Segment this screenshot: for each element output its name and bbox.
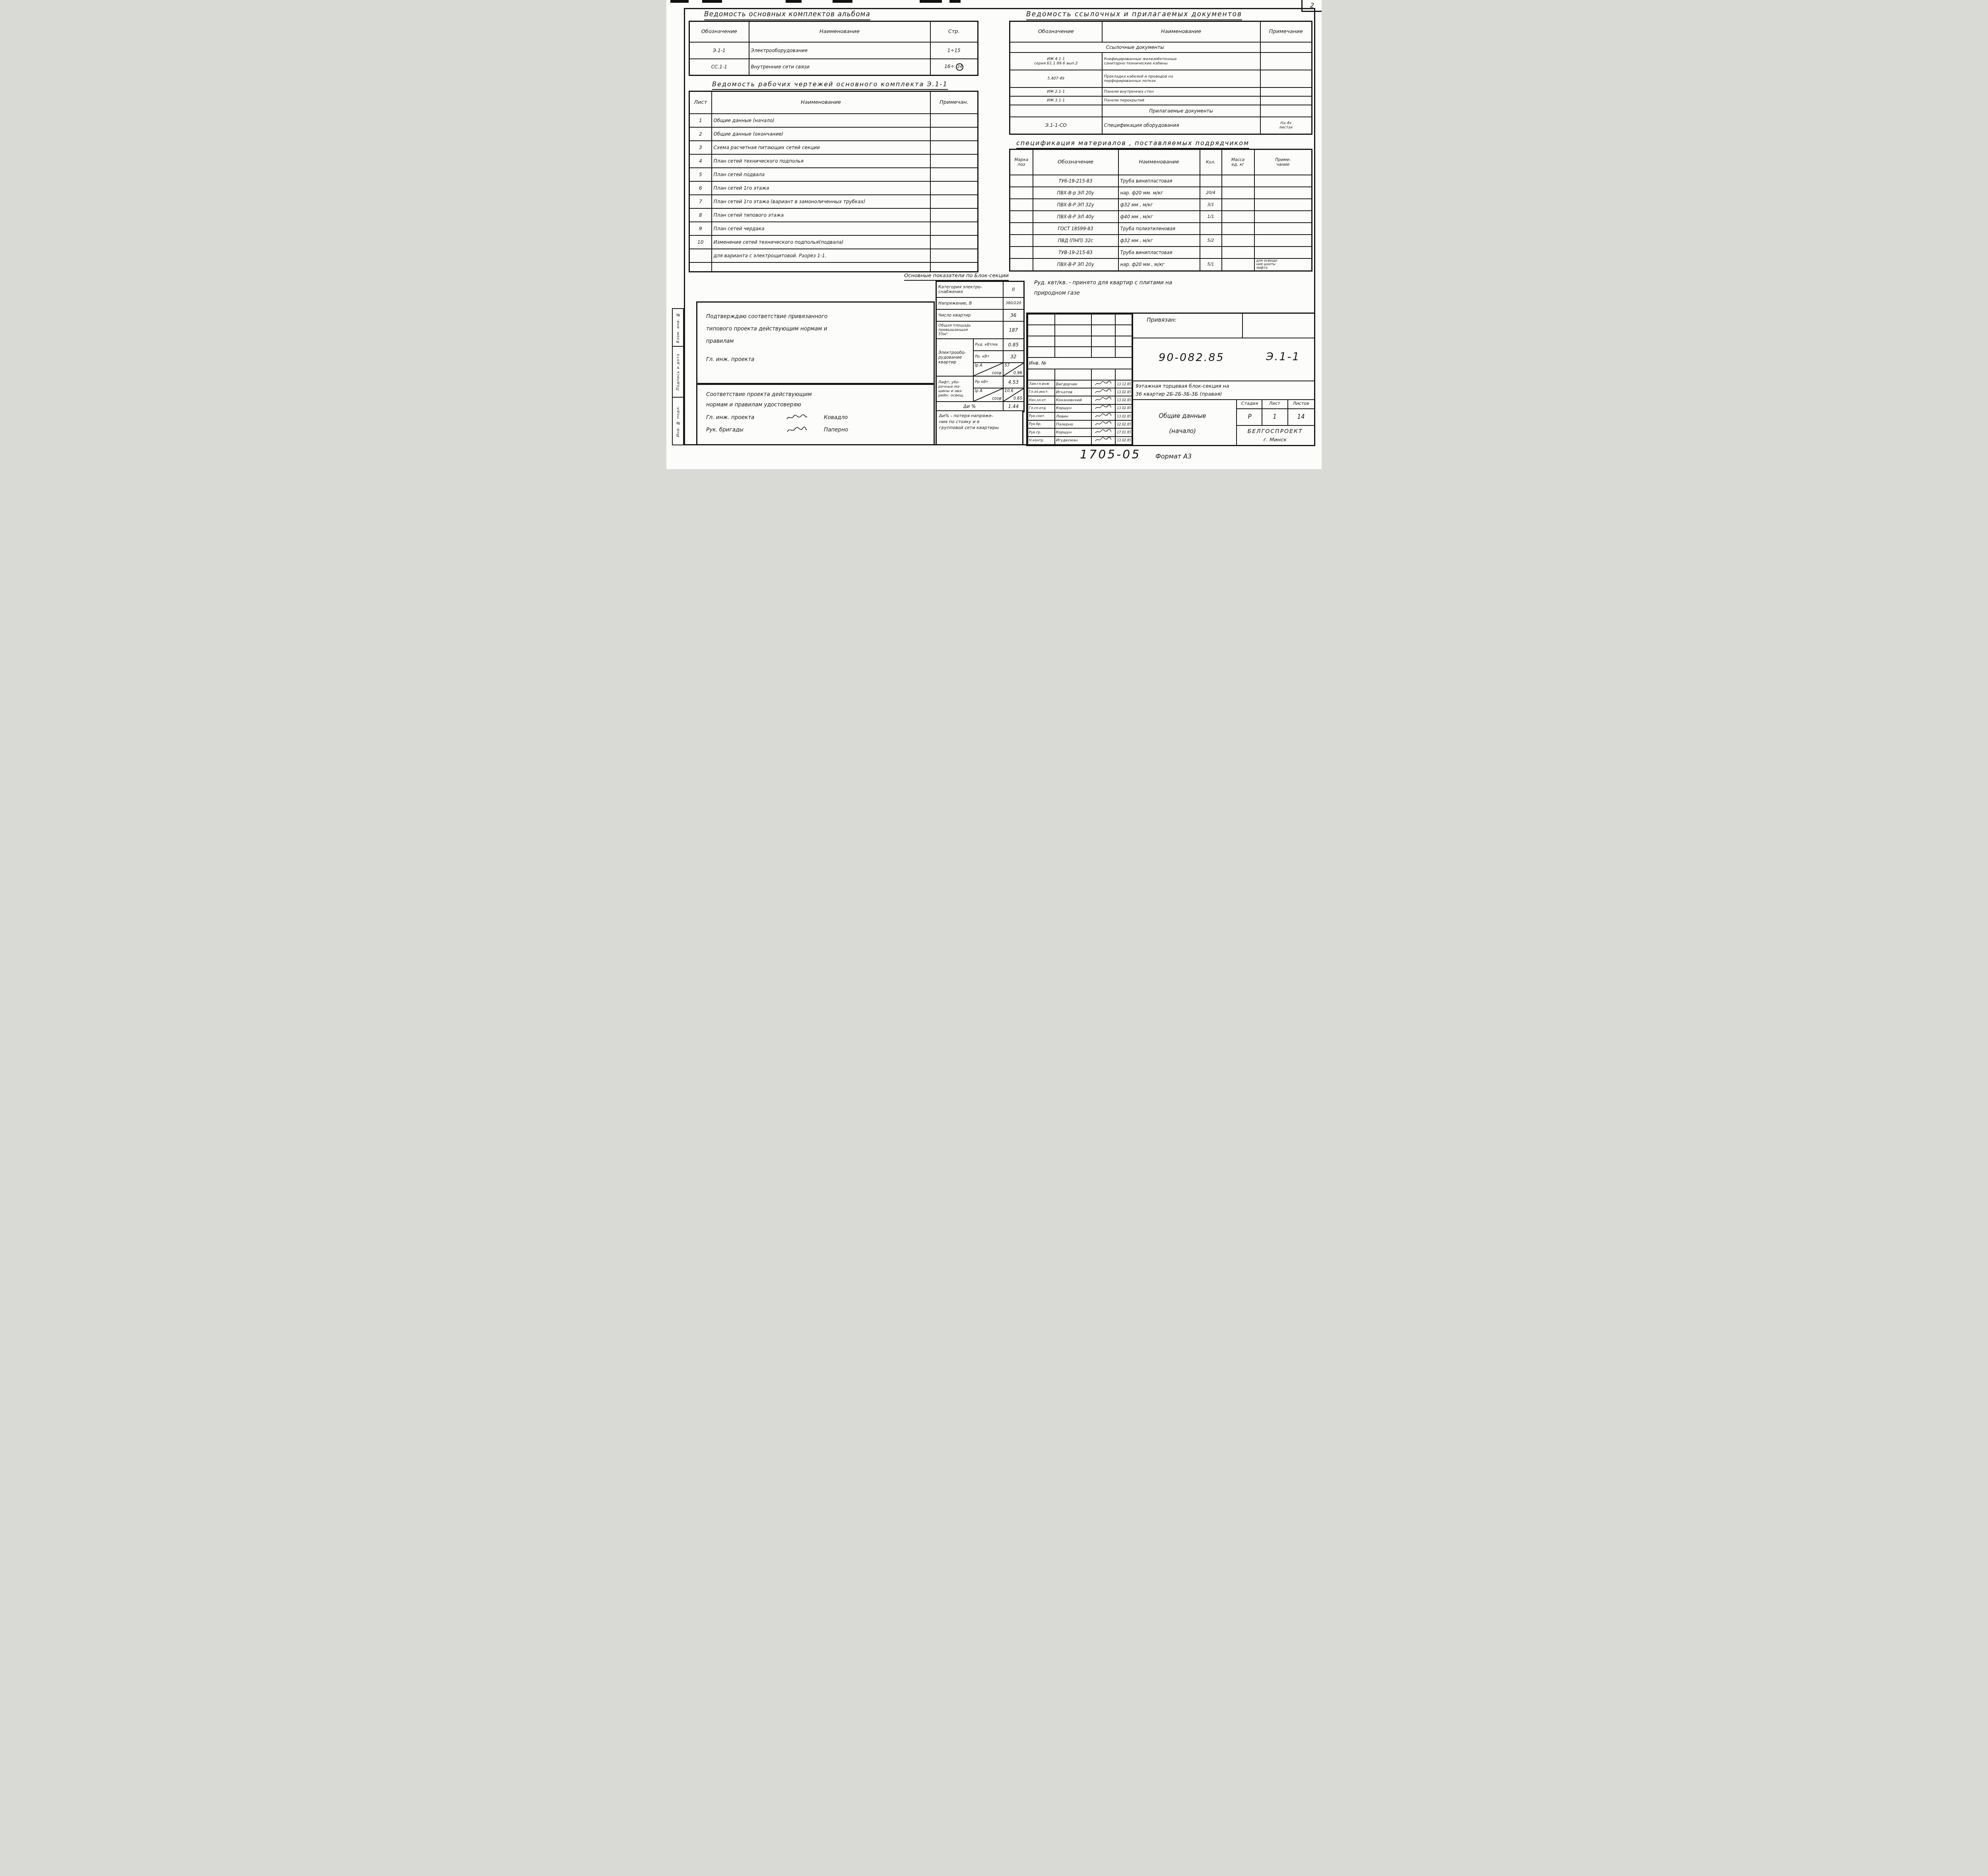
- spec-note-cell: для освеще- ния шахты лифта: [1254, 258, 1312, 271]
- spec-note-cell: [1254, 223, 1312, 235]
- spec-mark-cell: [1010, 223, 1033, 235]
- refs-name-cell: Панели перекрытий: [1102, 96, 1260, 105]
- signature-squiggle-icon: [1095, 429, 1112, 435]
- table-header-row: Марка поз Обозначение Наименование Кол. …: [1010, 150, 1312, 175]
- empty-cell: [930, 262, 978, 272]
- table-row: [1028, 336, 1133, 347]
- signature-date: 17.01.85: [1115, 428, 1133, 436]
- spec-code-cell: ТУ6-19-215-83: [1033, 175, 1118, 187]
- indicator-group-label: Электрообо- рудование квартир: [936, 339, 973, 376]
- edge-mark: [786, 0, 802, 3]
- spec-name-cell: ф32 мм , м/кг: [1118, 199, 1200, 211]
- signature-role: Гл.сп.отд.: [1028, 404, 1055, 412]
- spec-qty-cell: 20/4: [1200, 187, 1222, 199]
- sheet-note-cell: [930, 222, 978, 235]
- signature-name: Коршун: [1055, 404, 1091, 412]
- spec-note-cell: [1254, 199, 1312, 211]
- table-row: ПВХ-В-Р ЭП 32у ф32 мм , м/кг 3/1: [1010, 199, 1312, 211]
- table-row: 7 План сетей 1го этажа (вариант в замоно…: [689, 195, 978, 208]
- sheet-note-cell: [930, 249, 978, 262]
- signature-cell: [1091, 420, 1115, 428]
- empty-cell: [1115, 314, 1133, 325]
- album-name-cell: Электрооборудование: [749, 42, 930, 59]
- signature-squiggle-icon: [786, 426, 808, 434]
- divider: [1236, 408, 1314, 409]
- approver-name: Ковадло: [824, 414, 848, 421]
- empty-cell: [1028, 336, 1055, 347]
- indicator-label: Напряжение, В: [936, 297, 1003, 309]
- indicators-note: Δи% - потеря напряже- ния по стояку и в …: [936, 410, 1023, 445]
- signature-name: Вигдорчик: [1055, 380, 1091, 388]
- indicator-param-diagonal: Iр А cosφ: [973, 363, 1003, 376]
- refs-name-cell: Панели внутренних стен: [1102, 87, 1260, 96]
- signature-name: Кохановский: [1055, 396, 1091, 404]
- table-row: 9 План сетей чердака: [689, 222, 978, 235]
- indicator-value: 4.53: [1003, 376, 1024, 388]
- table-row: Общая площадь превышающая 55м² 187: [936, 321, 1024, 339]
- signature-cell: [1091, 428, 1115, 436]
- attached-label: Привязан:: [1147, 317, 1176, 323]
- divider: [1236, 425, 1314, 426]
- sheet-number-cell: 7: [689, 195, 712, 208]
- table-row: ИЖ 4.1-1 серия Б1.1 88-6 вып.2 Унифициро…: [1010, 52, 1312, 70]
- sheet-number-cell: [689, 249, 712, 262]
- refs-table-title: Ведомость ссылочных и прилагаемых докуме…: [1026, 10, 1242, 18]
- signature-date: 13.12.85: [1115, 380, 1133, 388]
- table-row: 2 Общие данные (окончание): [689, 127, 978, 141]
- refs-code-cell: 5.407-49: [1010, 70, 1102, 87]
- album-table-title: Ведомость основных комплектов альбома: [704, 10, 870, 18]
- indicator-label: Общая площадь превышающая 55м²: [936, 321, 1003, 339]
- indicator-value: 380/220: [1003, 297, 1024, 309]
- spec-name-cell: нар. ф20 мм. м/кг: [1118, 187, 1200, 199]
- side-stamp-label: Подпись и дата: [676, 353, 680, 390]
- approval-text: Подтверждаю соответствие привязанного ти…: [706, 311, 925, 348]
- sheet-note-cell: [930, 181, 978, 195]
- table-row: 6 План сетей 1го этажа: [689, 181, 978, 195]
- sheet-note-cell: [930, 114, 978, 127]
- divider: [1242, 314, 1243, 338]
- indicator-value: 32: [1003, 351, 1024, 363]
- refs-section-title: Прилагаемые документы: [1102, 105, 1260, 117]
- signature-squiggle-icon: [1095, 405, 1112, 410]
- spec-note-cell: [1254, 175, 1312, 187]
- sheet-number-cell: 5: [689, 168, 712, 181]
- sheets-count-label: Листов: [1289, 401, 1313, 406]
- side-stamp-vzam: Взам. инв. №: [672, 308, 684, 347]
- empty-cell: [1115, 325, 1133, 336]
- indicator-value: 0.85: [1003, 339, 1024, 351]
- refs-table: Обозначение Наименование Примечание Ссыл…: [1009, 21, 1312, 135]
- signature-cell: [1091, 412, 1115, 420]
- footer-format: Формат А3: [1155, 452, 1192, 460]
- spec-code-cell: ПВХ-В-Р ЭЛ 40у: [1033, 211, 1118, 223]
- refs-code-cell: ИЖ 2.1-1: [1010, 87, 1102, 96]
- album-code-cell: Э.1-1: [689, 42, 749, 59]
- organization-city: г. Минск: [1236, 437, 1314, 443]
- table-row: Лифт, убо- рочные ма- шины и ава- рийн. …: [936, 376, 1024, 388]
- album-header-page: Стр.: [930, 21, 978, 42]
- album-name-cell: Внутренние сети связи: [749, 59, 930, 76]
- signature-date: 13.02.85: [1115, 412, 1133, 420]
- refs-code-cell: ИЖ 3.1-1: [1010, 96, 1102, 105]
- sheet-name-cell: Общие данные (окончание): [712, 127, 930, 141]
- album-table: Обозначение Наименование Стр. Э.1-1 Элек…: [689, 21, 978, 76]
- signature-squiggle-icon: [1095, 389, 1112, 394]
- signature-role: Рук.бр.: [1028, 420, 1055, 428]
- table-header-row: Обозначение Наименование Стр.: [689, 21, 978, 42]
- empty-cell: [1115, 336, 1133, 347]
- table-row: 4 План сетей технического подполья: [689, 154, 978, 168]
- signature-role: Н.контр.: [1028, 437, 1055, 445]
- indicators-title: Основные показатели по Блок-секции: [904, 273, 1009, 279]
- sheet-number-cell: 8: [689, 208, 712, 222]
- table-row: 5 План сетей подвала: [689, 168, 978, 181]
- table-row: 1 Общие данные (начало): [689, 114, 978, 127]
- sheet-number-cell: 2: [689, 127, 712, 141]
- signature-name: Игнатов: [1055, 388, 1091, 396]
- indicator-param: Рр. кВт: [973, 351, 1003, 363]
- stage-value: Р: [1238, 413, 1261, 420]
- album-page-cell: 16÷ 24: [930, 59, 978, 76]
- empty-cell: [1091, 314, 1115, 325]
- footer-code: 1705-05: [1080, 448, 1141, 462]
- refs-note-cell: [1260, 87, 1312, 96]
- approval-role: Рук. бригады: [706, 427, 786, 433]
- table-row: [1028, 369, 1133, 380]
- sheet-name-cell: Изменение сетей технического подполья(по…: [712, 235, 930, 249]
- table-row: ПВХ-В-р ЭЛ 20у нар. ф20 мм. м/кг 20/4: [1010, 187, 1312, 199]
- approver-name: Паперно: [824, 427, 848, 433]
- signature-role: Гл.эл.инст.: [1028, 388, 1055, 396]
- indicator-param: Рр кВт: [973, 376, 1003, 388]
- album-header-code: Обозначение: [689, 21, 749, 42]
- indicator-param: Руд. кВт/кв.: [973, 339, 1003, 351]
- empty-cell: [1055, 325, 1091, 336]
- table-row: 10 Изменение сетей технического подполья…: [689, 235, 978, 249]
- spec-table-title: спецификация материалов , поставляемых п…: [1016, 139, 1249, 147]
- refs-section-title: Ссылочные документы: [1010, 42, 1260, 52]
- empty-cell: [1091, 336, 1115, 347]
- edge-mark: [920, 0, 942, 3]
- table-header-row: Лист Наименование Примечан.: [689, 91, 978, 114]
- approval-role: Гл. инж. проекта: [706, 356, 925, 363]
- table-row: ТУВ-19-215-83 Труба винипластовая: [1010, 247, 1312, 258]
- spec-header-mass: Масса ед, кг: [1222, 150, 1254, 175]
- sheet-number-cell: 4: [689, 154, 712, 168]
- signature-cell: [1091, 388, 1115, 396]
- edge-mark: [702, 0, 722, 3]
- spec-table: Марка поз Обозначение Наименование Кол. …: [1009, 149, 1312, 272]
- sheet-number-cell: 1: [689, 114, 712, 127]
- table-row: 8 План сетей типового этажа: [689, 208, 978, 222]
- table-row: 5.407-49 Прокладка кабелей и проводов на…: [1010, 70, 1312, 87]
- sheet-number-cell: 10: [689, 235, 712, 249]
- sheets-table: Лист Наименование Примечан. 1 Общие данн…: [689, 91, 978, 272]
- signature-cell: [1091, 396, 1115, 404]
- signature-row: Рук.сект. Левин 13.02.85: [1028, 412, 1133, 420]
- spec-mass-cell: [1222, 258, 1254, 271]
- signature-role: Зам.гл.инж: [1028, 380, 1055, 388]
- table-row: [1028, 347, 1133, 357]
- refs-header-note: Примечание: [1260, 21, 1312, 42]
- refs-note-cell: [1260, 52, 1312, 70]
- indicator-value: 187: [1003, 321, 1024, 339]
- signature-squiggle-icon: [1095, 413, 1112, 419]
- empty-cell: [712, 262, 930, 272]
- spec-qty-cell: 5/2: [1200, 235, 1222, 247]
- sheet-number-cell: 9: [689, 222, 712, 235]
- signature-date: 13.02.85: [1115, 437, 1133, 445]
- sheet-name-cell: Общие данные (начало): [712, 114, 930, 127]
- sheet-note-cell: [930, 195, 978, 208]
- spec-qty-cell: [1200, 247, 1222, 258]
- indicators-table: Категория электро- снабжения II Напряжен…: [936, 281, 1025, 412]
- spec-mass-cell: [1222, 211, 1254, 223]
- spec-mass-cell: [1222, 199, 1254, 211]
- empty-cell: [1091, 325, 1115, 336]
- divider: [1132, 399, 1314, 400]
- side-stamp-podpis: Подпись и дата: [672, 346, 684, 398]
- refs-name-cell: Спецификация оборудования: [1102, 117, 1260, 134]
- spec-name-cell: ф40 мм , м/кг: [1118, 211, 1200, 223]
- empty-cell: [1028, 369, 1055, 380]
- spec-mass-cell: [1222, 247, 1254, 258]
- signature-date: 13.02.85: [1115, 404, 1133, 412]
- divider: [1132, 314, 1132, 445]
- stage-label: Стадия: [1238, 401, 1261, 406]
- signature-cell: [1091, 380, 1115, 388]
- signature-name: Палерно: [1055, 420, 1091, 428]
- divider: [1262, 399, 1262, 426]
- table-row: Э.1-1-СО Спецификация оборудования На 4х…: [1010, 117, 1312, 134]
- inventory-number-label: Инв. №: [1028, 357, 1133, 369]
- sheet-name-cell: План сетей подвала: [712, 168, 930, 181]
- signature-role: Нач.эл.от.: [1028, 396, 1055, 404]
- indicator-value-diagonal: 10.6 0.65: [1003, 388, 1024, 402]
- signature-squiggle-icon: [786, 414, 808, 421]
- project-code: 90-082.85: [1159, 352, 1225, 364]
- divider: [1287, 399, 1288, 426]
- spec-name-cell: Труба винипластовая: [1118, 247, 1200, 258]
- table-row: ТУ6-19-215-83 Труба винипластовая: [1010, 175, 1312, 187]
- spec-code-cell: ПВХ-В-Р ЭП 32у: [1033, 199, 1118, 211]
- signature-row: Зам.гл.инж Вигдорчик 13.12.85: [1028, 380, 1133, 388]
- album-code-cell: СС.1-1: [689, 59, 749, 76]
- spec-mass-cell: [1222, 223, 1254, 235]
- table-row: СС.1-1 Внутренние сети связи 16÷ 24: [689, 59, 978, 76]
- title-block: Инв. № Зам.гл.инж Вигдорчик 13.1: [1026, 313, 1315, 446]
- side-stamp-label: Инв. № подл.: [676, 406, 680, 437]
- sheet-name-cell: План сетей 1го этажа (вариант в замоноли…: [712, 195, 930, 208]
- signature-date: 13.02.85: [1115, 396, 1133, 404]
- drawing-sheet: 2 Взам. инв. № Подпись и дата Инв. № под…: [666, 0, 1322, 469]
- empty-cell: [1260, 42, 1312, 52]
- refs-code-cell: ИЖ 4.1-1 серия Б1.1 88-6 вып.2: [1010, 52, 1102, 70]
- spec-header-code: Обозначение: [1033, 150, 1118, 175]
- signature-rows: Зам.гл.инж Вигдорчик 13.12.85 Гл.эл.инст…: [1028, 380, 1133, 445]
- organization-name: БЕЛГОСПРОЕКТ: [1236, 428, 1314, 435]
- spec-qty-cell: [1200, 175, 1222, 187]
- sheet-note-cell: [930, 154, 978, 168]
- empty-cell: [1055, 336, 1091, 347]
- signature-row: Рук.бр. Палерно 12.02.85: [1028, 420, 1133, 428]
- indicator-value: II: [1003, 282, 1024, 297]
- sheet-note-cell: [930, 168, 978, 181]
- object-name: 9этажная торцевая блок-секция на 36 квар…: [1136, 382, 1312, 398]
- signature-squiggle-icon: [1095, 397, 1112, 402]
- approval-block-1: Подтверждаю соответствие привязанного ти…: [696, 301, 935, 384]
- table-row: [1028, 314, 1133, 325]
- spec-rows: ТУ6-19-215-83 Труба винипластовая ПВХ-В-…: [1010, 175, 1312, 271]
- spec-note-cell: [1254, 247, 1312, 258]
- section-row: Прилагаемые документы: [1010, 105, 1312, 117]
- signature-row: Гл.сп.отд. Коршун 13.02.85: [1028, 404, 1133, 412]
- approval-block-2: Соответствие проекта действующим нормам …: [696, 384, 935, 445]
- empty-cell: [1055, 314, 1091, 325]
- circled-number: 24: [956, 63, 963, 71]
- approval-text: Соответствие проекта действующим нормам …: [706, 390, 925, 410]
- signature-cell: [1091, 404, 1115, 412]
- title-block-grid: Инв. № Зам.гл.инж Вигдорчик 13.1: [1027, 314, 1133, 445]
- refs-note-cell: На 4х листах: [1260, 117, 1312, 134]
- sheet-name-cell: Схема расчетная питающих сетей секции: [712, 141, 930, 154]
- signature-row: Гл.эл.инст. Игнатов 13.02.85: [1028, 388, 1133, 396]
- table-row: ИЖ 2.1-1 Панели внутренних стен: [1010, 87, 1312, 96]
- refs-note-cell: [1260, 70, 1312, 87]
- empty-cell: [1028, 325, 1055, 336]
- edge-mark: [670, 0, 689, 3]
- indicator-value-diagonal: 57 0.96: [1003, 363, 1024, 376]
- album-header-name: Наименование: [749, 21, 930, 42]
- spec-qty-cell: 5/1: [1200, 258, 1222, 271]
- empty-cell: [1091, 347, 1115, 357]
- table-row: ПВХ-В-Р ЭП 20у нар. ф20 мм , м/кг 5/1 дл…: [1010, 258, 1312, 271]
- sheet-note-cell: [930, 127, 978, 141]
- indicator-value: 36: [1003, 309, 1024, 321]
- sheet-name-cell: План сетей 1го этажа: [712, 181, 930, 195]
- empty-cell: [1028, 314, 1055, 325]
- spec-code-cell: ПВД (ПНП) 32с: [1033, 235, 1118, 247]
- empty-cell: [1115, 369, 1133, 380]
- divider: [1132, 381, 1314, 381]
- refs-note-cell: [1260, 96, 1312, 105]
- signature-name: Левин: [1055, 412, 1091, 420]
- spec-header-name: Наименование: [1118, 150, 1200, 175]
- signature-squiggle-icon: [1095, 437, 1112, 443]
- spec-qty-cell: 3/1: [1200, 199, 1222, 211]
- table-row: ИЖ 3.1-1 Панели перекрытий: [1010, 96, 1312, 105]
- indicator-group-label: Лифт, убо- рочные ма- шины и ава- рийн. …: [936, 376, 973, 402]
- spec-name-cell: Труба винипластовая: [1118, 175, 1200, 187]
- spec-header-note: Приме- чание: [1254, 150, 1312, 175]
- empty-cell: [1091, 369, 1115, 380]
- sheet-label: Лист: [1263, 401, 1287, 406]
- spec-mark-cell: [1010, 187, 1033, 199]
- signature-date: 12.02.85: [1115, 420, 1133, 428]
- refs-name-cell: Унифицированные железобетонные санитарно…: [1102, 52, 1260, 70]
- edge-mark: [949, 0, 961, 3]
- table-row: [1028, 325, 1133, 336]
- spec-note-cell: [1254, 187, 1312, 199]
- signature-name: Игудесман: [1055, 437, 1091, 445]
- signature-name: Коршун: [1055, 428, 1091, 436]
- sheet-note-cell: [930, 208, 978, 222]
- spec-note-cell: [1254, 211, 1312, 223]
- sheets-header-note: Примечан.: [930, 91, 978, 114]
- side-stamp-inv: Инв. № подл.: [672, 397, 684, 445]
- spec-code-cell: ПВХ-В-р ЭЛ 20у: [1033, 187, 1118, 199]
- spec-mark-cell: [1010, 247, 1033, 258]
- sheet-name-cell: План сетей чердака: [712, 222, 930, 235]
- empty-cell: [689, 262, 712, 272]
- table-row: ПВД (ПНП) 32с ф32 мм , м/кг 5/2: [1010, 235, 1312, 247]
- sheets-rows: 1 Общие данные (начало) 2 Общие данные (…: [689, 114, 978, 262]
- signature-row: Нач.эл.от. Кохановский 13.02.85: [1028, 396, 1133, 404]
- signature-cell: [1091, 437, 1115, 445]
- sheet-note-cell: [930, 235, 978, 249]
- spec-header-mark: Марка поз: [1010, 150, 1033, 175]
- spec-mass-cell: [1222, 235, 1254, 247]
- signature-row: Н.контр. Игудесман 13.02.85: [1028, 437, 1133, 445]
- empty-cell: [1055, 369, 1091, 380]
- spec-name-cell: ф32 мм , м/кг: [1118, 235, 1200, 247]
- doc-name-line1: Общие данные: [1147, 412, 1218, 419]
- spec-name-cell: нар. ф20 мм , м/кг: [1118, 258, 1200, 271]
- signature-role: Рук.сект.: [1028, 412, 1055, 420]
- table-row: ГОСТ 18599-83 Труба полиэтиленовая: [1010, 223, 1312, 235]
- signature-role: Рук.гр.: [1028, 428, 1055, 436]
- spec-note-cell: [1254, 235, 1312, 247]
- refs-header-name: Наименование: [1102, 21, 1260, 42]
- divider: [1132, 338, 1314, 338]
- table-row: ПВХ-В-Р ЭЛ 40у ф40 мм , м/кг 1/1: [1010, 211, 1312, 223]
- spec-mark-cell: [1010, 258, 1033, 271]
- spec-mass-cell: [1222, 175, 1254, 187]
- indicator-param-diagonal: Iр А cosφ: [973, 388, 1003, 402]
- edge-mark: [833, 0, 852, 3]
- spec-mark-cell: [1010, 235, 1033, 247]
- table-header-row: Обозначение Наименование Примечание: [1010, 21, 1312, 42]
- refs-code-cell: Э.1-1-СО: [1010, 117, 1102, 134]
- approval-signature-row: Гл. инж. проекта Ковадло: [706, 414, 925, 421]
- empty-cell: [1028, 347, 1055, 357]
- sheet-value: 1: [1263, 413, 1287, 420]
- spec-mark-cell: [1010, 211, 1033, 223]
- sheet-name-cell: План сетей типового этажа: [712, 208, 930, 222]
- spec-mass-cell: [1222, 187, 1254, 199]
- table-row: [689, 262, 978, 272]
- approval-role: Гл. инж. проекта: [706, 414, 786, 421]
- signature-squiggle-icon: [1095, 381, 1112, 386]
- refs-header-code: Обозначение: [1010, 21, 1102, 42]
- spec-qty-cell: [1200, 223, 1222, 235]
- spec-code-cell: ПВХ-В-Р ЭП 20у: [1033, 258, 1118, 271]
- sheets-header-sheet: Лист: [689, 91, 712, 114]
- table-row: Число квартир 36: [936, 309, 1024, 321]
- indicator-label: Число квартир: [936, 309, 1003, 321]
- signature-squiggle-icon: [1095, 421, 1112, 427]
- section-row: Ссылочные документы: [1010, 42, 1312, 52]
- sheets-table-title: Ведомость рабочих чертежей основного ком…: [712, 80, 948, 88]
- sheet-number-cell: 3: [689, 141, 712, 154]
- indicator-label: Категория электро- снабжения: [936, 282, 1003, 297]
- spec-mark-cell: [1010, 175, 1033, 187]
- doc-name-line2: (начало): [1147, 427, 1218, 435]
- table-row: Категория электро- снабжения II: [936, 282, 1024, 297]
- spec-name-cell: Труба полиэтиленовая: [1118, 223, 1200, 235]
- empty-cell: [1010, 105, 1102, 117]
